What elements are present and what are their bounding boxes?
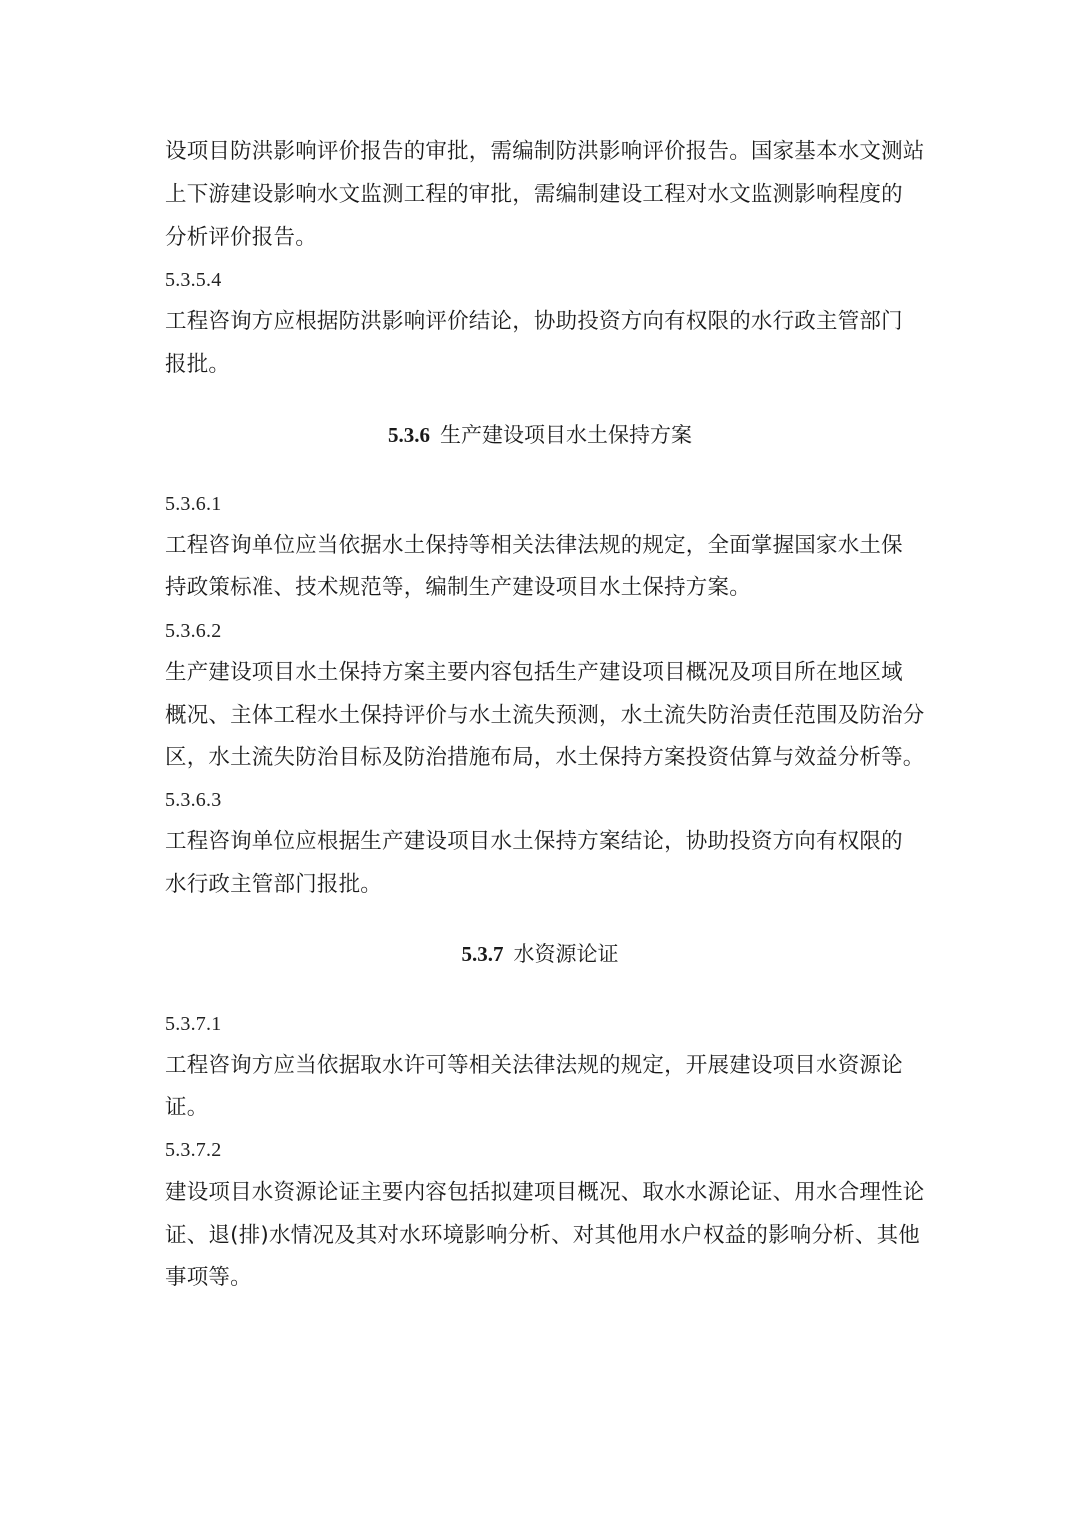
clause-number: 5.3.6.1 [165,489,915,519]
clause-number: 5.3.7.2 [165,1135,915,1165]
paragraph-line: 设项目防洪影响评价报告的审批，需编制防洪影响评价报告。国家基本水文测站 [165,137,915,167]
paragraph-line: 工程咨询方应根据防洪影响评价结论，协助投资方向有权限的水行政主管部门 [165,307,915,337]
paragraph-line: 概况、主体工程水土保持评价与水土流失预测，水土流失防治责任范围及防治分 [165,701,915,731]
paragraph-line: 区，水土流失防治目标及防治措施布局，水土保持方案投资估算与效益分析等。 [165,743,915,773]
paragraph-line: 持政策标准、技术规范等，编制生产建设项目水土保持方案。 [165,573,915,603]
section-title: 生产建设项目水土保持方案 [440,423,692,447]
clause-number: 5.3.7.1 [165,1009,915,1039]
section-number: 5.3.7 [462,942,504,966]
paragraph-line: 生产建设项目水土保持方案主要内容包括生产建设项目概况及项目所在地区域 [165,658,915,688]
paragraph-line: 报批。 [165,350,915,380]
paragraph-line: 建设项目水资源论证主要内容包括拟建项目概况、取水水源论证、用水合理性论 [165,1178,915,1208]
paragraph-line: 分析评价报告。 [165,223,915,253]
paragraph-line: 工程咨询方应当依据取水许可等相关法律法规的规定，开展建设项目水资源论 [165,1051,915,1081]
paragraph-line: 工程咨询单位应根据生产建设项目水土保持方案结论，协助投资方向有权限的 [165,827,915,857]
paragraph-line: 证。 [165,1093,915,1123]
section-heading: 5.3.6生产建设项目水土保持方案 [165,420,915,450]
section-heading: 5.3.7水资源论证 [165,939,915,969]
clause-number: 5.3.6.3 [165,785,915,815]
section-title: 水资源论证 [514,942,619,966]
paragraph-line: 事项等。 [165,1263,915,1293]
clause-number: 5.3.6.2 [165,616,915,646]
section-number: 5.3.6 [388,423,430,447]
paragraph-line: 工程咨询单位应当依据水土保持等相关法律法规的规定，全面掌握国家水土保 [165,531,915,561]
paragraph-line: 上下游建设影响水文监测工程的审批，需编制建设工程对水文监测影响程度的 [165,180,915,210]
clause-number: 5.3.5.4 [165,265,915,295]
paragraph-line: 水行政主管部门报批。 [165,870,915,900]
paragraph-line: 证、退(排)水情况及其对水环境影响分析、对其他用水户权益的影响分析、其他 [165,1221,915,1251]
